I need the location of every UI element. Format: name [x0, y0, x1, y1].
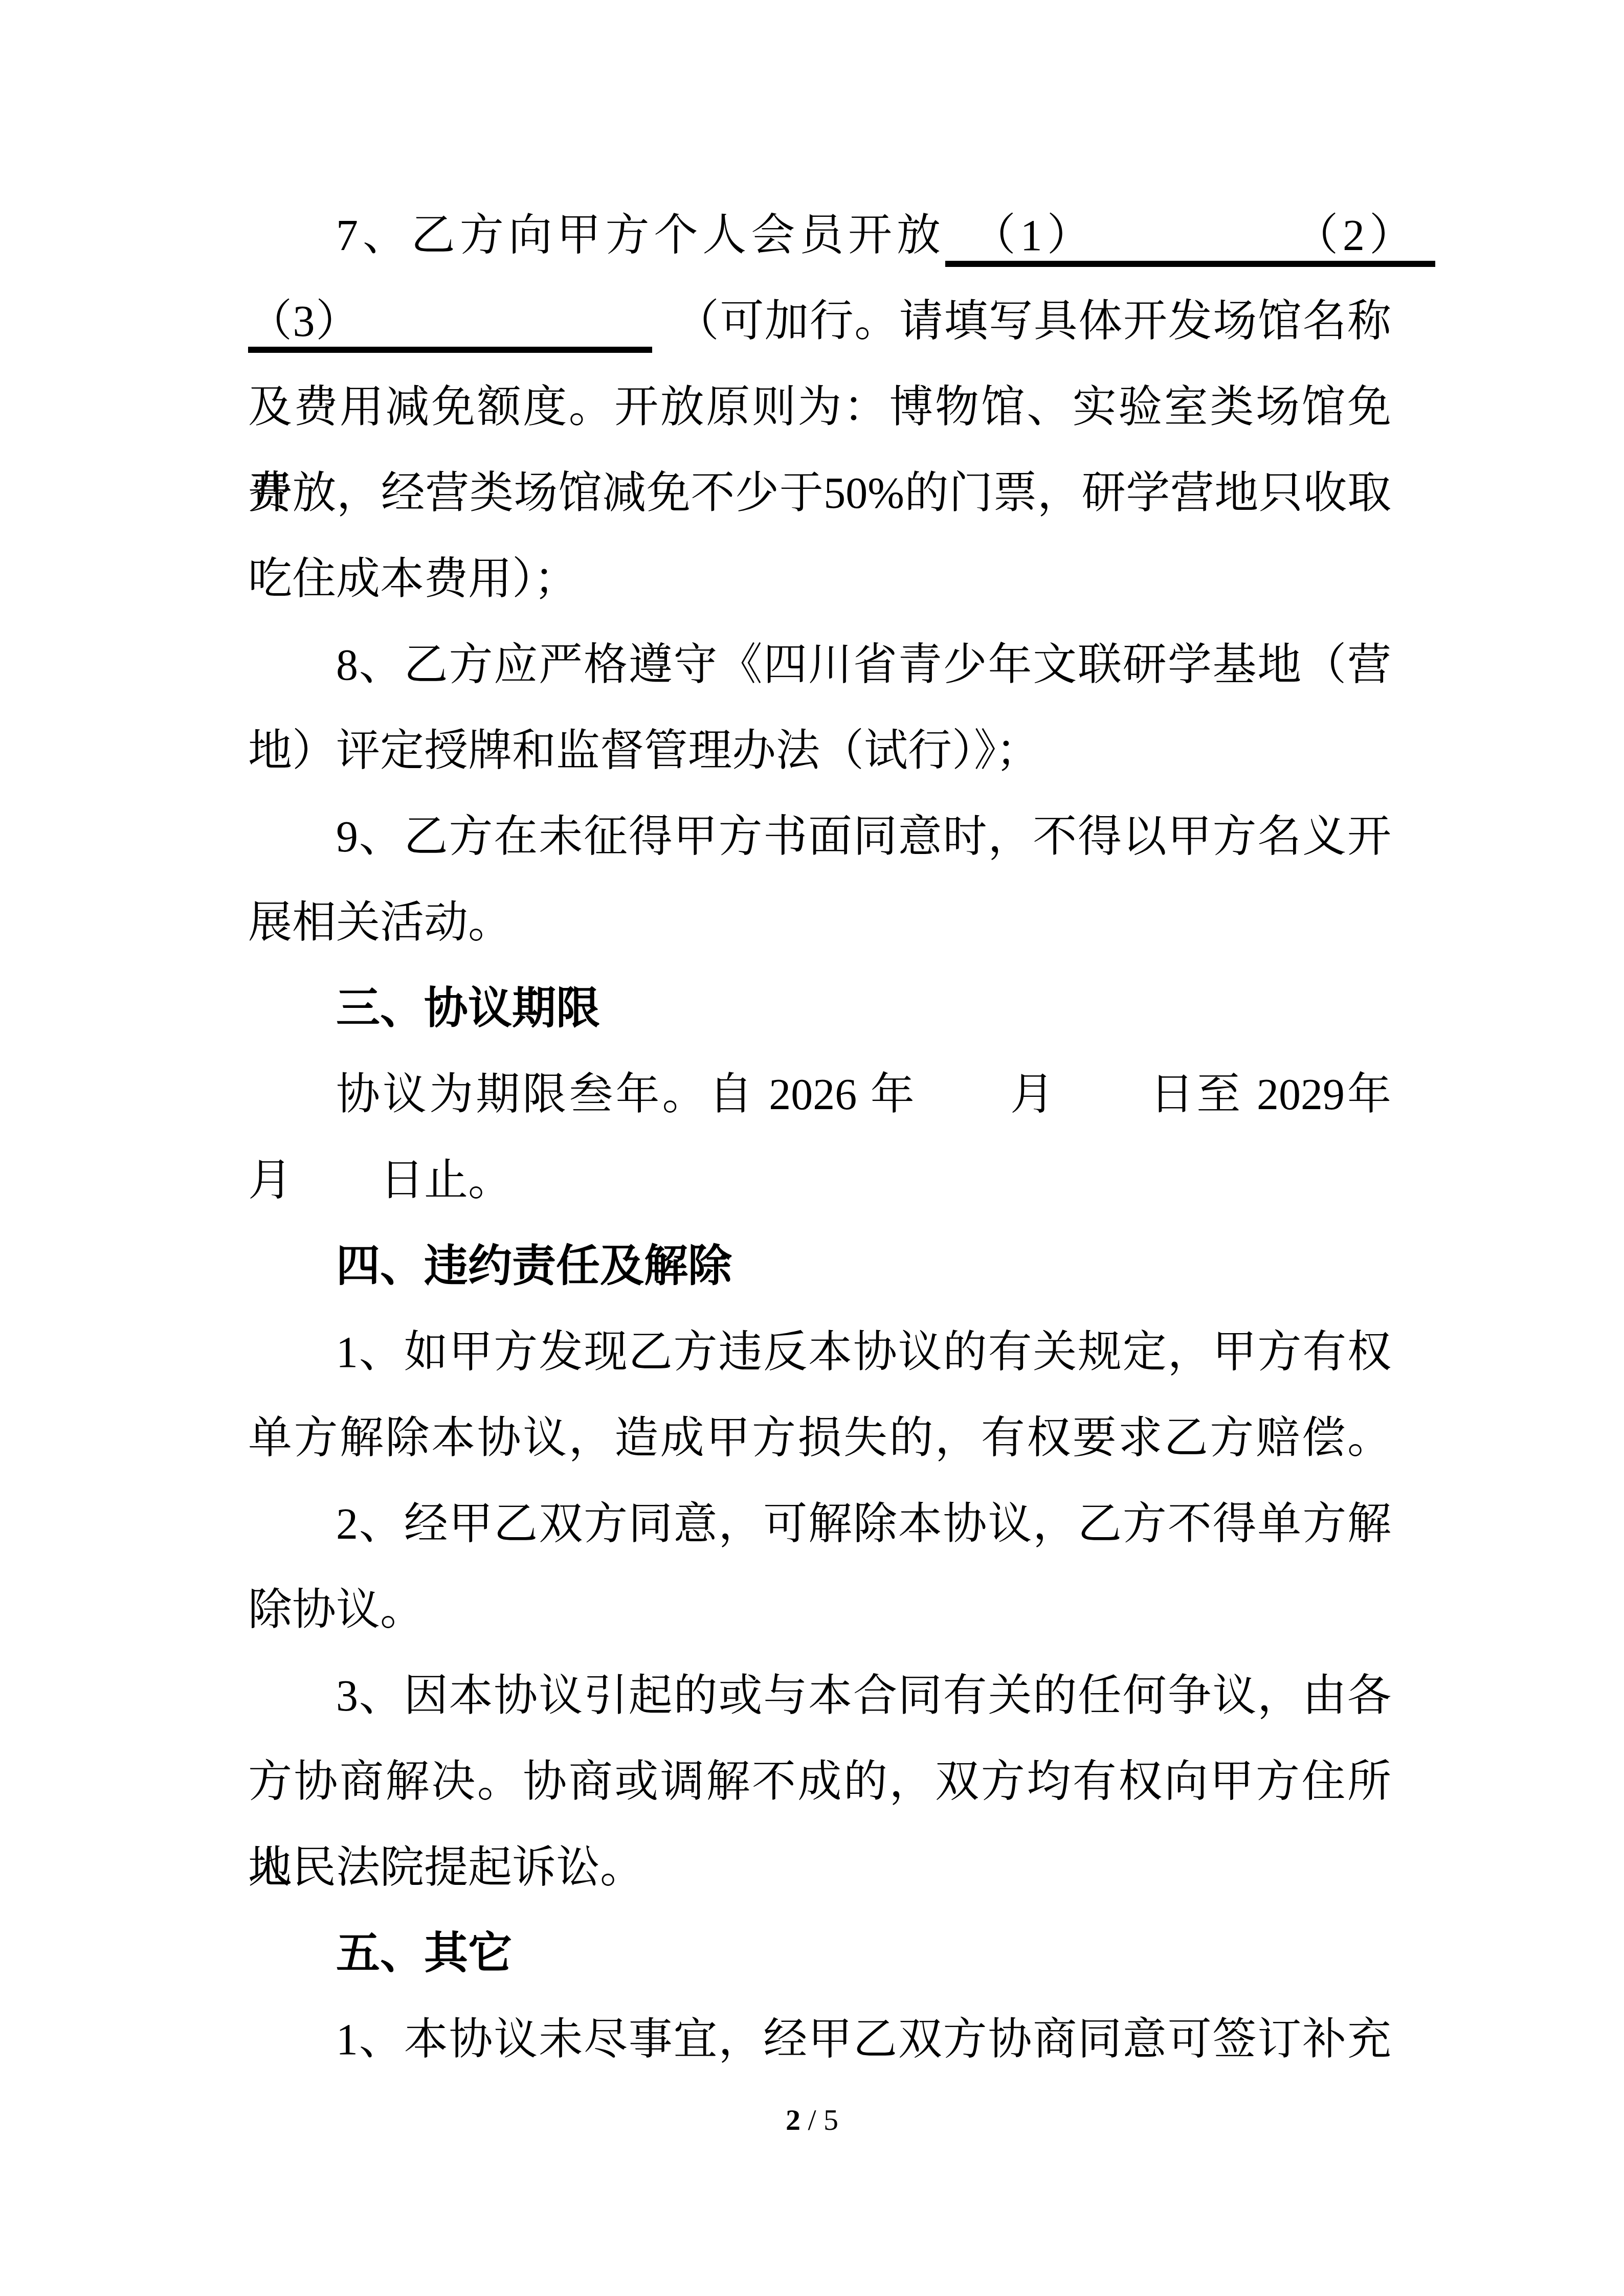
page-number-current: 2 — [786, 2103, 800, 2136]
clause-7-text: 7、乙方向甲方个人会员开放 — [336, 211, 945, 260]
section-3-heading: 三、协议期限 — [248, 965, 1391, 1051]
document-page: 7、乙方向甲方个人会员开放 （1） （2） （3） （可加行。请填写具体开发场馆… — [0, 0, 1624, 2296]
breach-clause-3-line-2: 方协商解决。协商或调解不成的，双方均有权向甲方住所地 — [248, 1739, 1391, 1825]
clause-8-line-1: 8、乙方应严格遵守《四川省青少年文联研学基地（营 — [248, 622, 1391, 708]
section-5-heading: 五、其它 — [248, 1910, 1391, 1996]
clause-7-note-text: （可加行。请填写具体开发场馆名称 — [697, 297, 1391, 346]
page-body: 7、乙方向甲方个人会员开放 （1） （2） （3） （可加行。请填写具体开发场馆… — [248, 192, 1391, 2082]
page-number-total: / 5 — [800, 2103, 838, 2136]
fill-in-blank-2: （3） — [248, 297, 652, 353]
clause-9-line-1: 9、乙方在未征得甲方书面同意时，不得以甲方名义开 — [248, 794, 1391, 880]
misc-clause-1-line-1: 1、本协议未尽事宜，经甲乙双方协商同意可签订补充 — [248, 1996, 1391, 2082]
clause-7-line-1: 7、乙方向甲方个人会员开放 （1） （2） — [248, 192, 1391, 278]
clause-7-line-2: （3） （可加行。请填写具体开发场馆名称 — [248, 278, 1391, 364]
term-duration-line-1: 协议为期限叁年。自 2026 年 月 日至 2029年 — [248, 1051, 1391, 1137]
breach-clause-3-line-3: 人民法院提起诉讼。 — [248, 1825, 1391, 1910]
clause-7-line-4: 开放，经营类场馆减免不少于50%的门票，研学营地只收取 — [248, 450, 1391, 536]
blank-gap — [652, 297, 697, 346]
page-footer: 2 / 5 — [0, 2096, 1624, 2145]
term-duration-line-2: 月 日止。 — [248, 1137, 1391, 1223]
section-4-heading: 四、违约责任及解除 — [248, 1223, 1391, 1309]
breach-clause-1-line-2: 单方解除本协议，造成甲方损失的，有权要求乙方赔偿。 — [248, 1395, 1391, 1481]
breach-clause-3-line-1: 3、因本协议引起的或与本合同有关的任何争议，由各 — [248, 1653, 1391, 1739]
clause-7-line-5: 吃住成本费用）； — [248, 536, 1391, 622]
fill-in-blank-1: （1） （2） — [945, 211, 1435, 267]
clause-9-line-2: 展相关活动。 — [248, 880, 1391, 965]
clause-8-line-2: 地）评定授牌和监督管理办法（试行）》； — [248, 708, 1391, 794]
clause-7-line-3: 及费用减免额度。开放原则为：博物馆、实验室类场馆免费 — [248, 364, 1391, 450]
breach-clause-2-line-1: 2、经甲乙双方同意，可解除本协议，乙方不得单方解 — [248, 1481, 1391, 1567]
breach-clause-2-line-2: 除协议。 — [248, 1567, 1391, 1653]
breach-clause-1-line-1: 1、如甲方发现乙方违反本协议的有关规定，甲方有权 — [248, 1309, 1391, 1395]
